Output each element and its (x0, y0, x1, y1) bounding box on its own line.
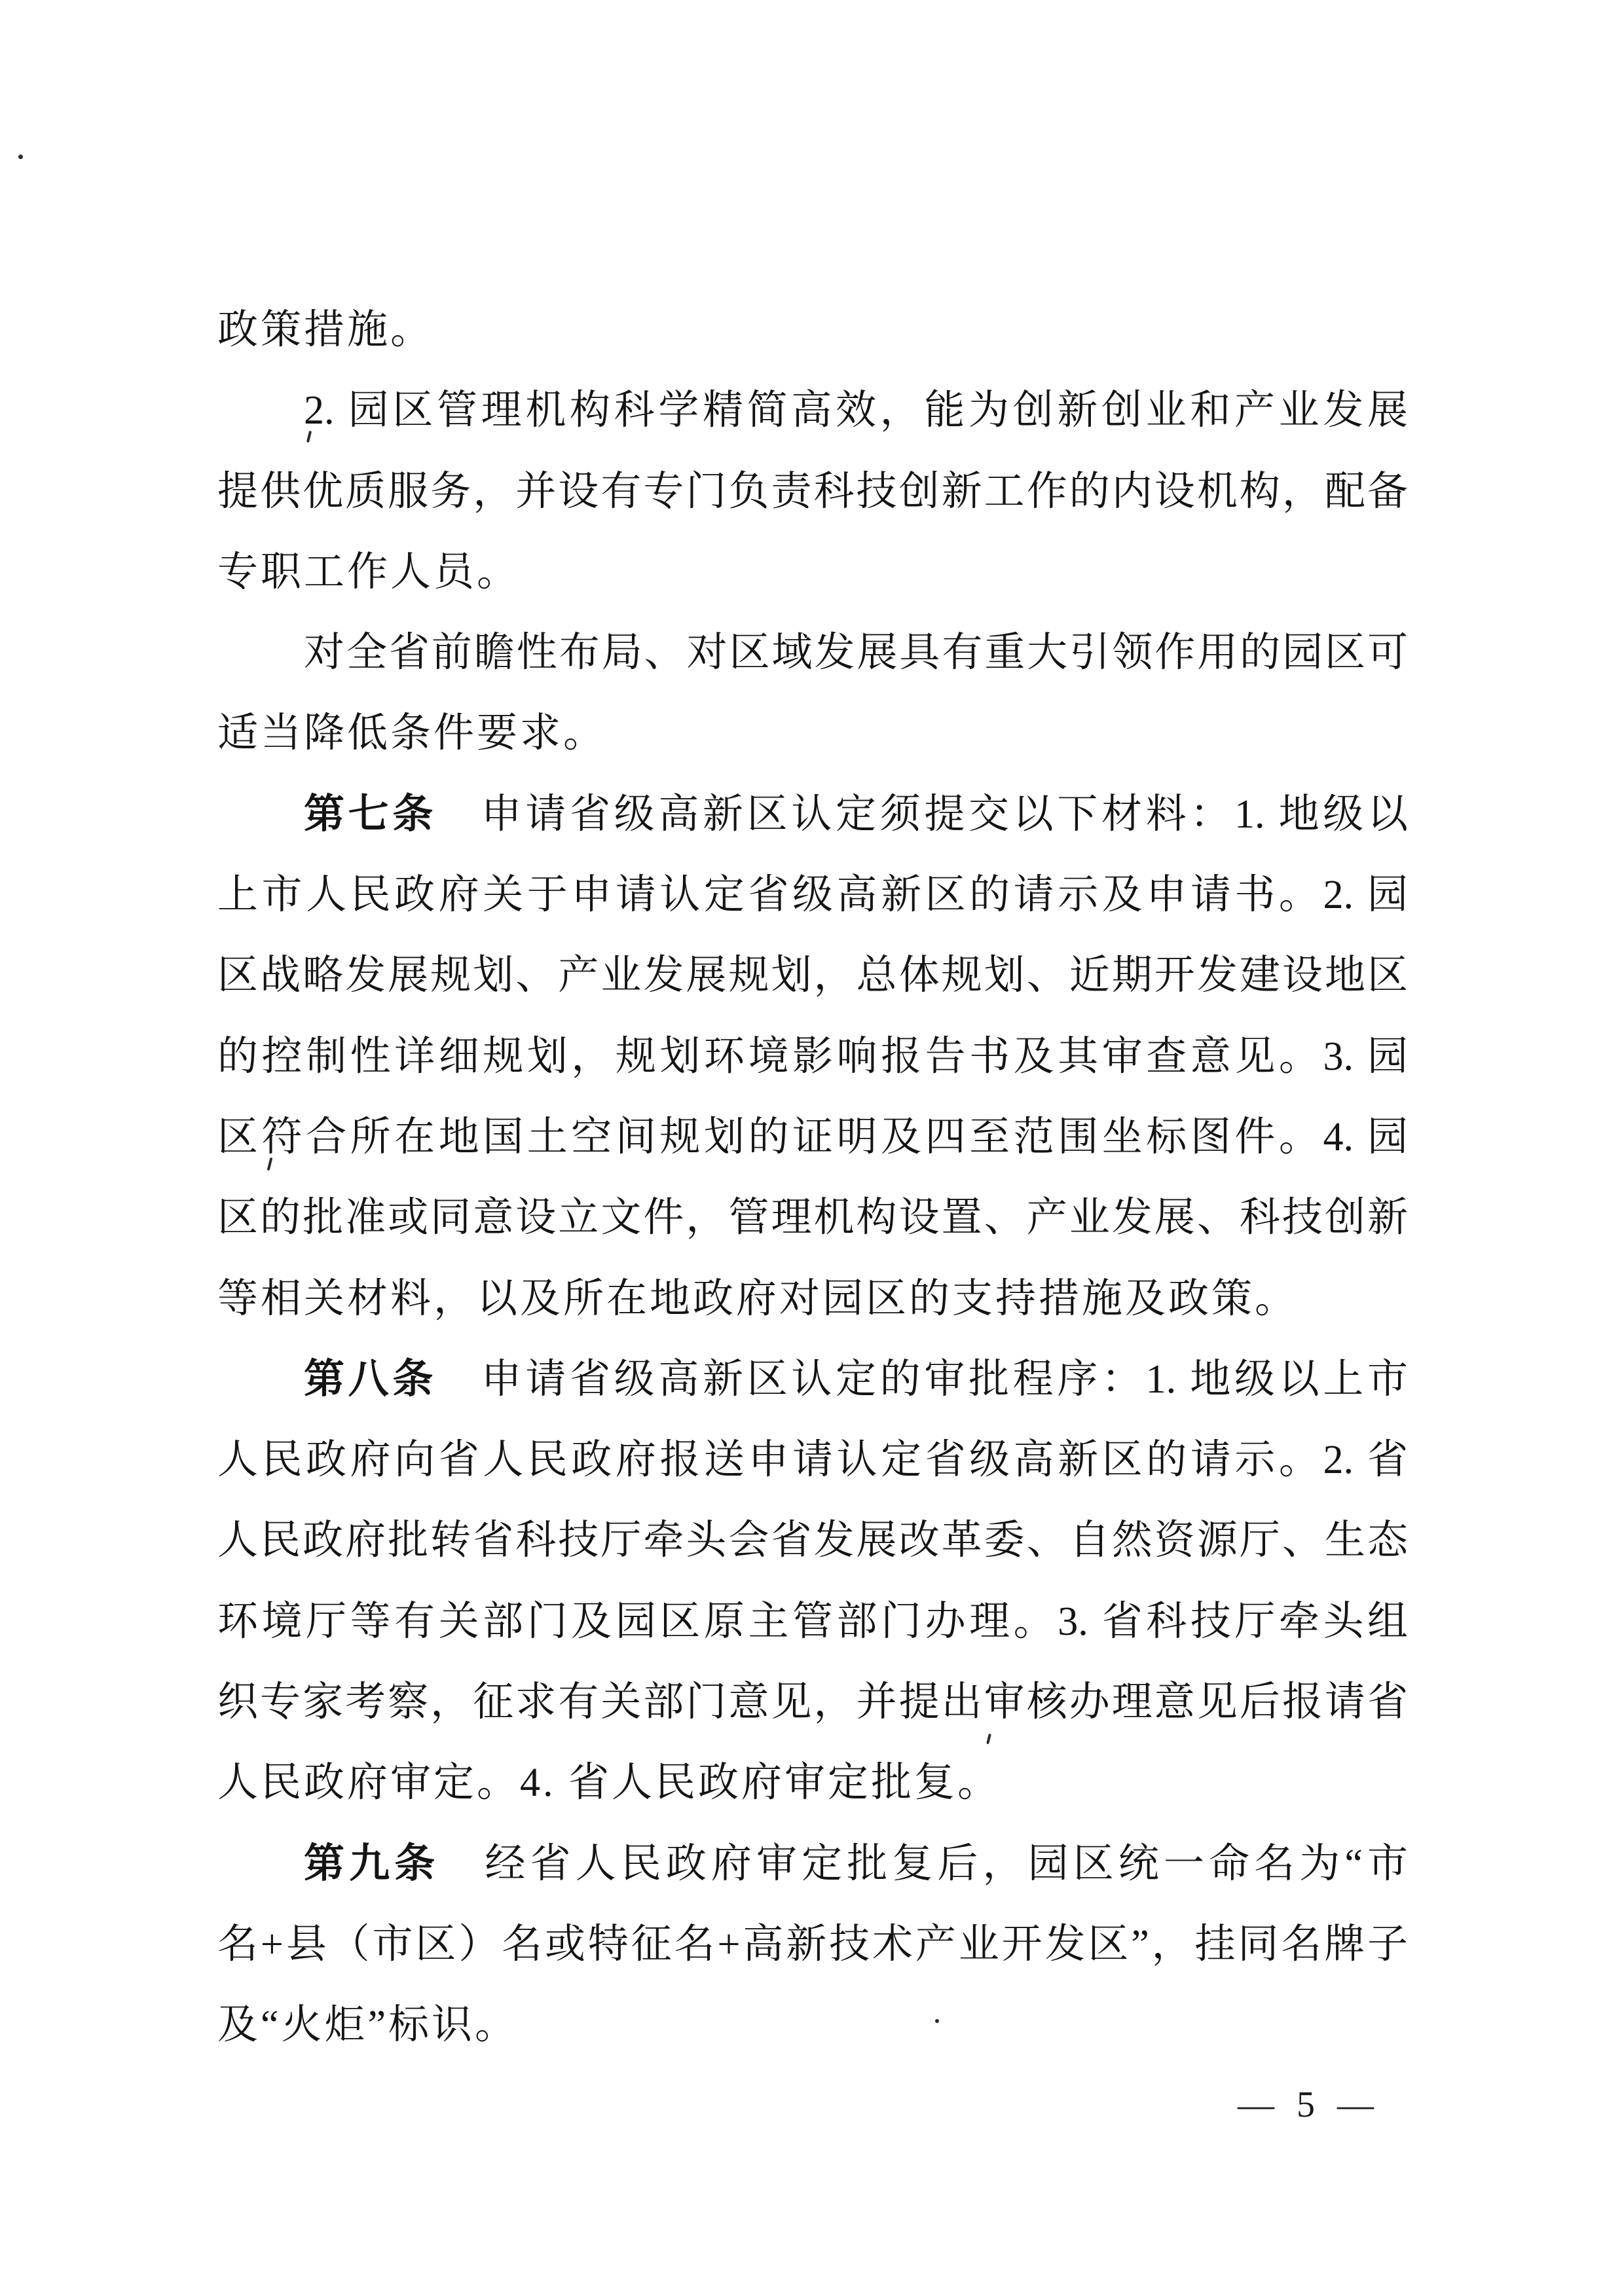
text-line: 专职工作人员。 (217, 532, 1408, 613)
line-text: 申请省级高新区认定须提交以下材料：1. 地级以 (437, 792, 1408, 837)
line-text: 区战略发展规划、产业发展规划，总体规划、近期开发建设地区 (217, 953, 1408, 998)
line-text: 区的批准或同意设立文件，管理机构设置、产业发展、科技创新 (217, 1195, 1408, 1240)
text-line: 及“火炬”标识。 (217, 1985, 1408, 2066)
line-text: 专职工作人员。 (217, 550, 520, 594)
line-text: 提供优质服务，并设有专门负责科技创新工作的内设机构，配备 (217, 469, 1408, 514)
text-line: 2. 园区管理机构科学精简高效，能为创新创业和产业发展 (217, 371, 1408, 451)
line-text: 织专家考察，征求有关部门意见，并提出审核办理意见后报请省 (217, 1680, 1408, 1724)
line-text: 适当降低条件要求。 (217, 711, 606, 756)
line-text: 经省人民政府审定批复后，园区统一命名为“市 (439, 1842, 1408, 1886)
line-text: 等相关材料，以及所在地政府对园区的支持措施及政策。 (217, 1277, 1298, 1321)
text-line: 政策措施。 (217, 290, 1408, 371)
text-line: 人民政府向省人民政府报送申请认定省级高新区的请示。2. 省 (217, 1420, 1408, 1501)
text-line: 等相关材料，以及所在地政府对园区的支持措施及政策。 (217, 1259, 1408, 1339)
document-body: 政策措施。 2. 园区管理机构科学精简高效，能为创新创业和产业发展 提供优质服务… (217, 290, 1408, 2066)
text-line: 适当降低条件要求。 (217, 693, 1408, 774)
line-text: 对全省前瞻性布局、对区域发展具有重大引领作用的园区可 (304, 630, 1408, 675)
line-text: 区符合所在地国土空间规划的证明及四至范围坐标图件。4. 园 (217, 1115, 1408, 1159)
article-heading: 第八条 (304, 1357, 437, 1402)
line-text: 上市人民政府关于申请认定省级高新区的请示及申请书。2. 园 (217, 873, 1408, 917)
text-line: 上市人民政府关于申请认定省级高新区的请示及申请书。2. 园 (217, 855, 1408, 936)
line-text: 人民政府向省人民政府报送申请认定省级高新区的请示。2. 省 (217, 1438, 1408, 1482)
text-line: 对全省前瞻性布局、对区域发展具有重大引领作用的园区可 (217, 613, 1408, 693)
text-line: 环境厅等有关部门及园区原主管部门办理。3. 省科技厅牵头组 (217, 1582, 1408, 1662)
line-text: 人民政府审定。4. 省人民政府审定批复。 (217, 1760, 1001, 1805)
line-text: 申请省级高新区认定的审批程序：1. 地级以上市 (437, 1357, 1408, 1402)
document-page: 政策措施。 2. 园区管理机构科学精简高效，能为创新创业和产业发展 提供优质服务… (0, 0, 1624, 2296)
text-line-article-8: 第八条 申请省级高新区认定的审批程序：1. 地级以上市 (217, 1339, 1408, 1420)
text-line: 名+县（市区）名或特征名+高新技术产业开发区”，挂同名牌子 (217, 1904, 1408, 1985)
line-text: 的控制性详细规划，规划环境影响报告书及其审查意见。3. 园 (217, 1034, 1408, 1079)
text-line: 织专家考察，征求有关部门意见，并提出审核办理意见后报请省 (217, 1662, 1408, 1743)
article-heading: 第七条 (304, 792, 437, 837)
text-line: 人民政府批转省科技厅牵头会省发展改革委、自然资源厅、生态 (217, 1501, 1408, 1581)
line-text: 环境厅等有关部门及园区原主管部门办理。3. 省科技厅牵头组 (217, 1599, 1408, 1644)
line-text: 名+县（市区）名或特征名+高新技术产业开发区”，挂同名牌子 (217, 1922, 1408, 1967)
line-text: 2. 园区管理机构科学精简高效，能为创新创业和产业发展 (304, 388, 1408, 433)
line-text: 政策措施。 (217, 308, 434, 352)
article-heading: 第九条 (304, 1842, 439, 1886)
text-line-article-7: 第七条 申请省级高新区认定须提交以下材料：1. 地级以 (217, 774, 1408, 855)
text-line: 的控制性详细规划，规划环境影响报告书及其审查意见。3. 园 (217, 1017, 1408, 1097)
text-line: 区的批准或同意设立文件，管理机构设置、产业发展、科技创新 (217, 1178, 1408, 1258)
line-text: 及“火炬”标识。 (217, 2003, 518, 2047)
text-line: 人民政府审定。4. 省人民政府审定批复。 (217, 1743, 1408, 1823)
page-number: — 5 — (1238, 2068, 1380, 2143)
text-line: 区符合所在地国土空间规划的证明及四至范围坐标图件。4. 园 (217, 1097, 1408, 1178)
text-line: 提供优质服务，并设有专门负责科技创新工作的内设机构，配备 (217, 452, 1408, 532)
text-line-article-9: 第九条 经省人民政府审定批复后，园区统一命名为“市 (217, 1824, 1408, 1904)
scan-speck (935, 2019, 939, 2023)
text-line: 区战略发展规划、产业发展规划，总体规划、近期开发建设地区 (217, 936, 1408, 1016)
line-text: 人民政府批转省科技厅牵头会省发展改革委、自然资源厅、生态 (217, 1518, 1408, 1563)
scan-speck (18, 155, 23, 159)
